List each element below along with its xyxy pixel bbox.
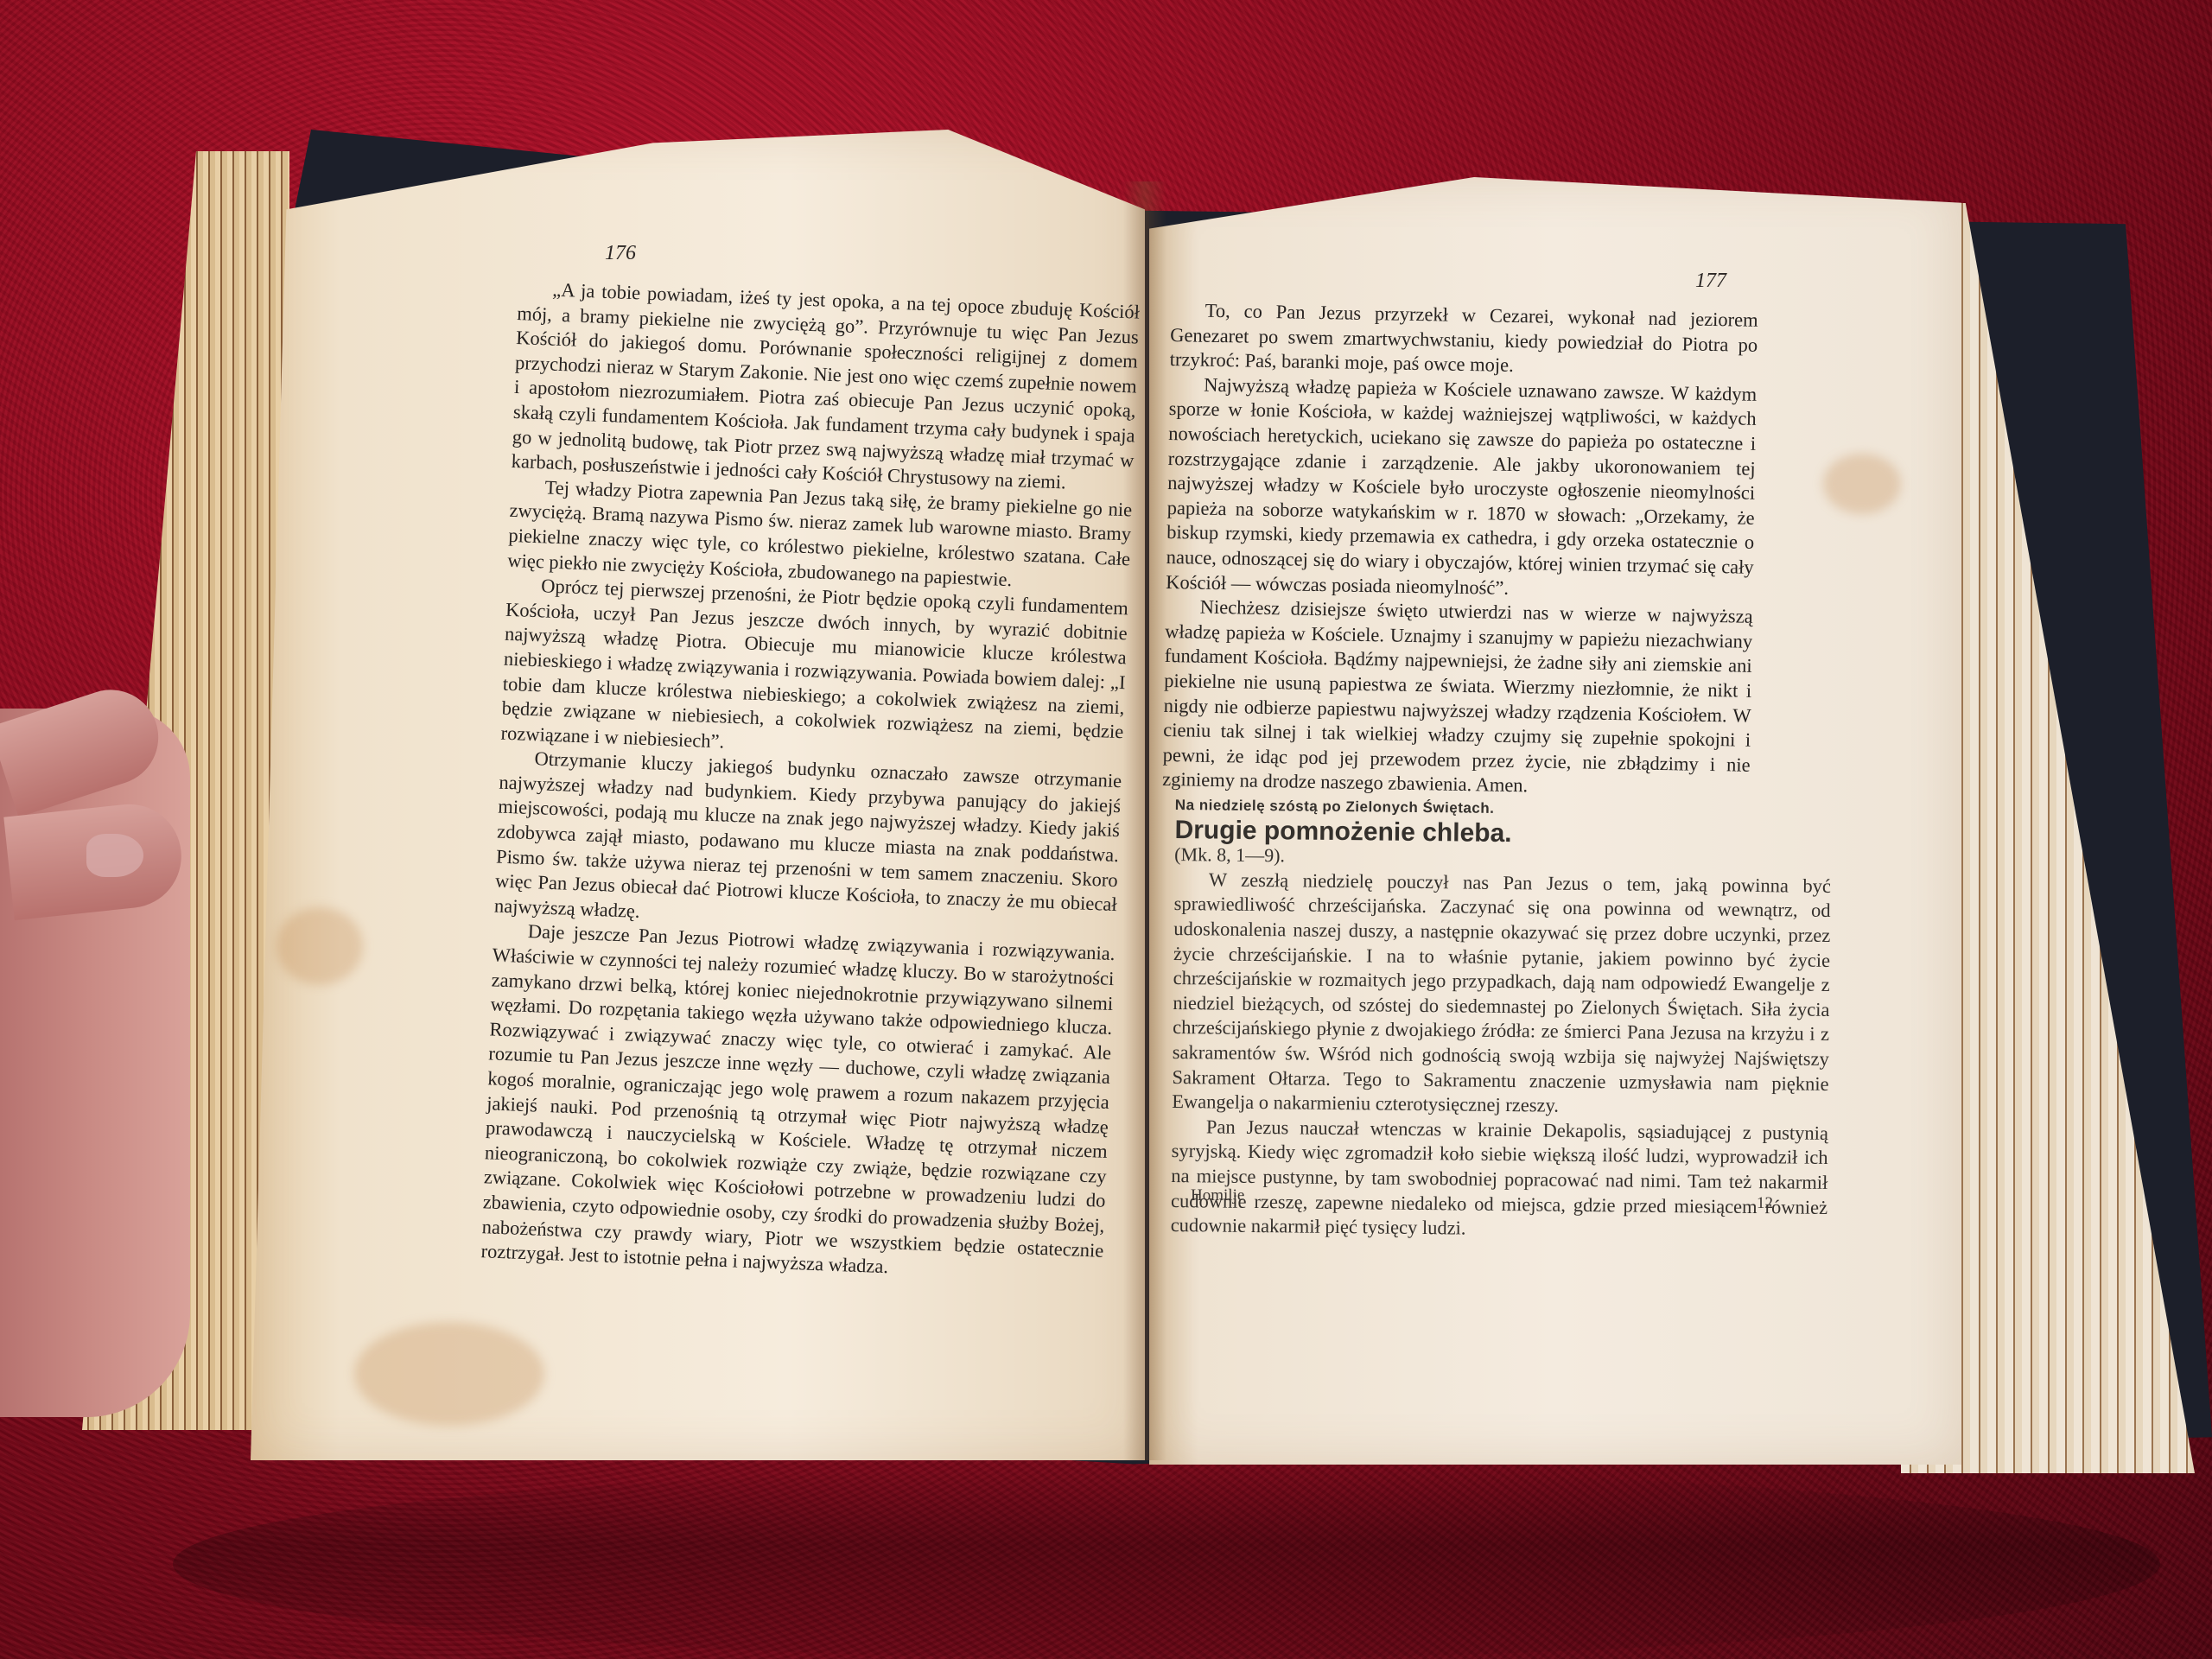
right-page-text-top: To, co Pan Jezus przyrzekł w Cezarei, wy… (1162, 298, 1758, 803)
paragraph: To, co Pan Jezus przyrzekł w Cezarei, wy… (1170, 298, 1758, 383)
water-stain (354, 1322, 544, 1426)
paragraph: Daje jeszcze Pan Jezus Piotrowi władzę z… (480, 918, 1116, 1288)
paragraph: Najwyższą władzę papieża w Kościele uzna… (1166, 372, 1757, 605)
water-stain (276, 907, 363, 985)
signature-mark: Homilje (1191, 1186, 1244, 1205)
paragraph: „A ja tobie powiadam, iżeś ty jest opoka… (511, 276, 1140, 498)
water-stain (1823, 454, 1901, 514)
paragraph: Oprócz tej pierwszej przenośni, że Piotr… (500, 573, 1128, 770)
sheet-number: 12 (1757, 1194, 1773, 1213)
page-number-left: 176 (605, 242, 636, 265)
page-number-right: 177 (1695, 270, 1726, 293)
paragraph: Otrzymanie kluczy jakiegoś budynku oznac… (493, 746, 1122, 943)
left-page-text: „A ja tobie powiadam, iżeś ty jest opoka… (480, 276, 1140, 1288)
blanket-fold (173, 1469, 2160, 1659)
paragraph: Niechżesz dzisiejsze święto utwierdzi na… (1162, 594, 1753, 803)
right-page-section: Na niedzielę szóstą po Zielonych Świętac… (1171, 793, 1832, 1245)
paragraph: W zeszłą niedzielę pouczył nas Pan Jezus… (1172, 868, 1831, 1122)
thumbnail (86, 834, 143, 877)
paragraph: Pan Jezus nauczał wtenczas w krainie Dek… (1171, 1115, 1828, 1245)
